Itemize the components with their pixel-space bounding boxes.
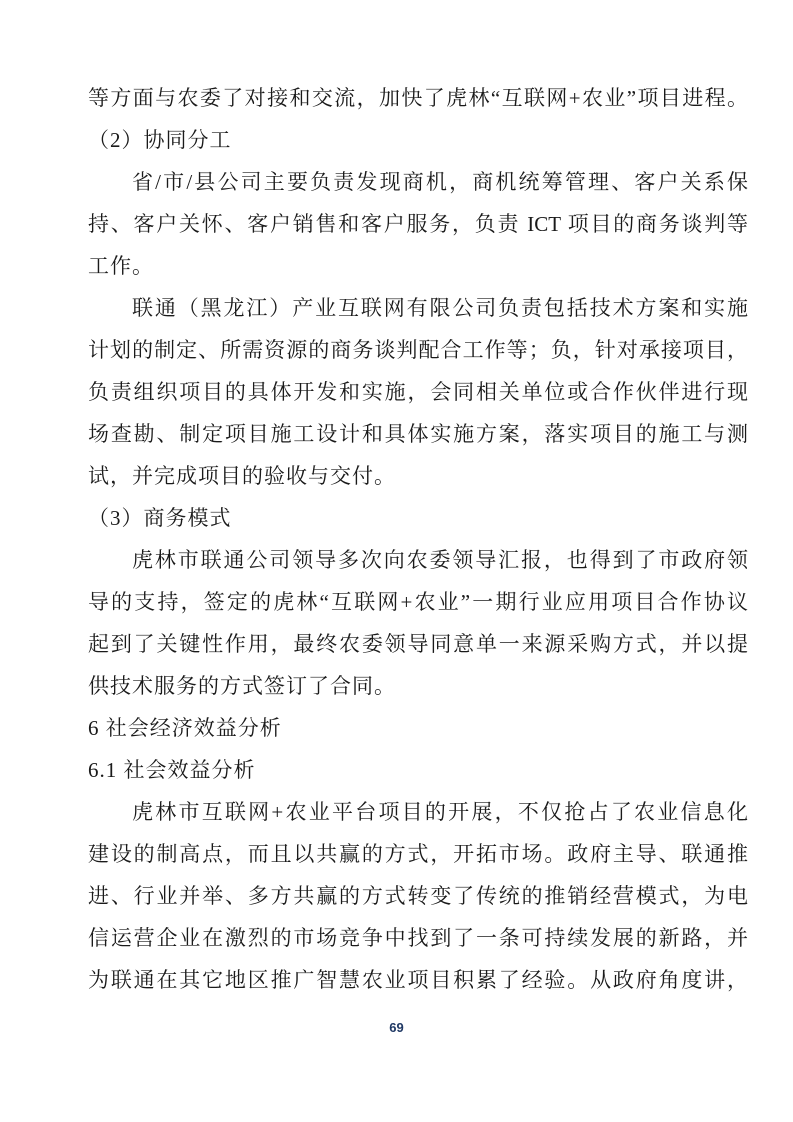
text-line: 起到了关键性作用，最终农委领导同意单一来源采购方式，并以提 [88, 623, 748, 665]
text-line: 为联通在其它地区推广智慧农业项目积累了经验。从政府角度讲， [88, 959, 748, 1001]
text-line: 负责组织项目的具体开发和实施，会同相关单位或合作伙伴进行现 [88, 371, 748, 413]
section-heading: 6.1 社会效益分析 [88, 749, 748, 791]
list-heading: （2）协同分工 [88, 119, 748, 161]
document-page: 等方面与农委了对接和交流，加快了虎林“互联网+农业”项目进程。 （2）协同分工 … [0, 0, 793, 1122]
text-line: 信运营企业在激烈的市场竞争中找到了一条可持续发展的新路，并 [88, 917, 748, 959]
page-number: 69 [389, 1020, 403, 1035]
text-line: 试，并完成项目的验收与交付。 [88, 455, 748, 497]
document-body: 等方面与农委了对接和交流，加快了虎林“互联网+农业”项目进程。 （2）协同分工 … [88, 77, 748, 1001]
text-line: 持、客户关怀、客户销售和客户服务，负责 ICT 项目的商务谈判等 [88, 203, 748, 245]
text-line: 联通（黑龙江）产业互联网有限公司负责包括技术方案和实施 [88, 287, 748, 329]
list-heading: （3）商务模式 [88, 497, 748, 539]
text-line: 虎林市联通公司领导多次向农委领导汇报，也得到了市政府领 [88, 539, 748, 581]
text-line: 等方面与农委了对接和交流，加快了虎林“互联网+农业”项目进程。 [88, 77, 748, 119]
text-line: 场查勘、制定项目施工设计和具体实施方案，落实项目的施工与测 [88, 413, 748, 455]
text-line: 导的支持，签定的虎林“互联网+农业”一期行业应用项目合作协议 [88, 581, 748, 623]
text-line: 工作。 [88, 245, 748, 287]
text-line: 供技术服务的方式签订了合同。 [88, 665, 748, 707]
text-line: 虎林市互联网+农业平台项目的开展，不仅抢占了农业信息化 [88, 791, 748, 833]
text-line: 计划的制定、所需资源的商务谈判配合工作等；负，针对承接项目， [88, 329, 748, 371]
text-line: 省/市/县公司主要负责发现商机，商机统筹管理、客户关系保 [88, 161, 748, 203]
page-footer: 69 [0, 1019, 793, 1037]
chapter-heading: 6 社会经济效益分析 [88, 707, 748, 749]
text-line: 建设的制高点，而且以共赢的方式，开拓市场。政府主导、联通推 [88, 833, 748, 875]
text-line: 进、行业并举、多方共赢的方式转变了传统的推销经营模式，为电 [88, 875, 748, 917]
